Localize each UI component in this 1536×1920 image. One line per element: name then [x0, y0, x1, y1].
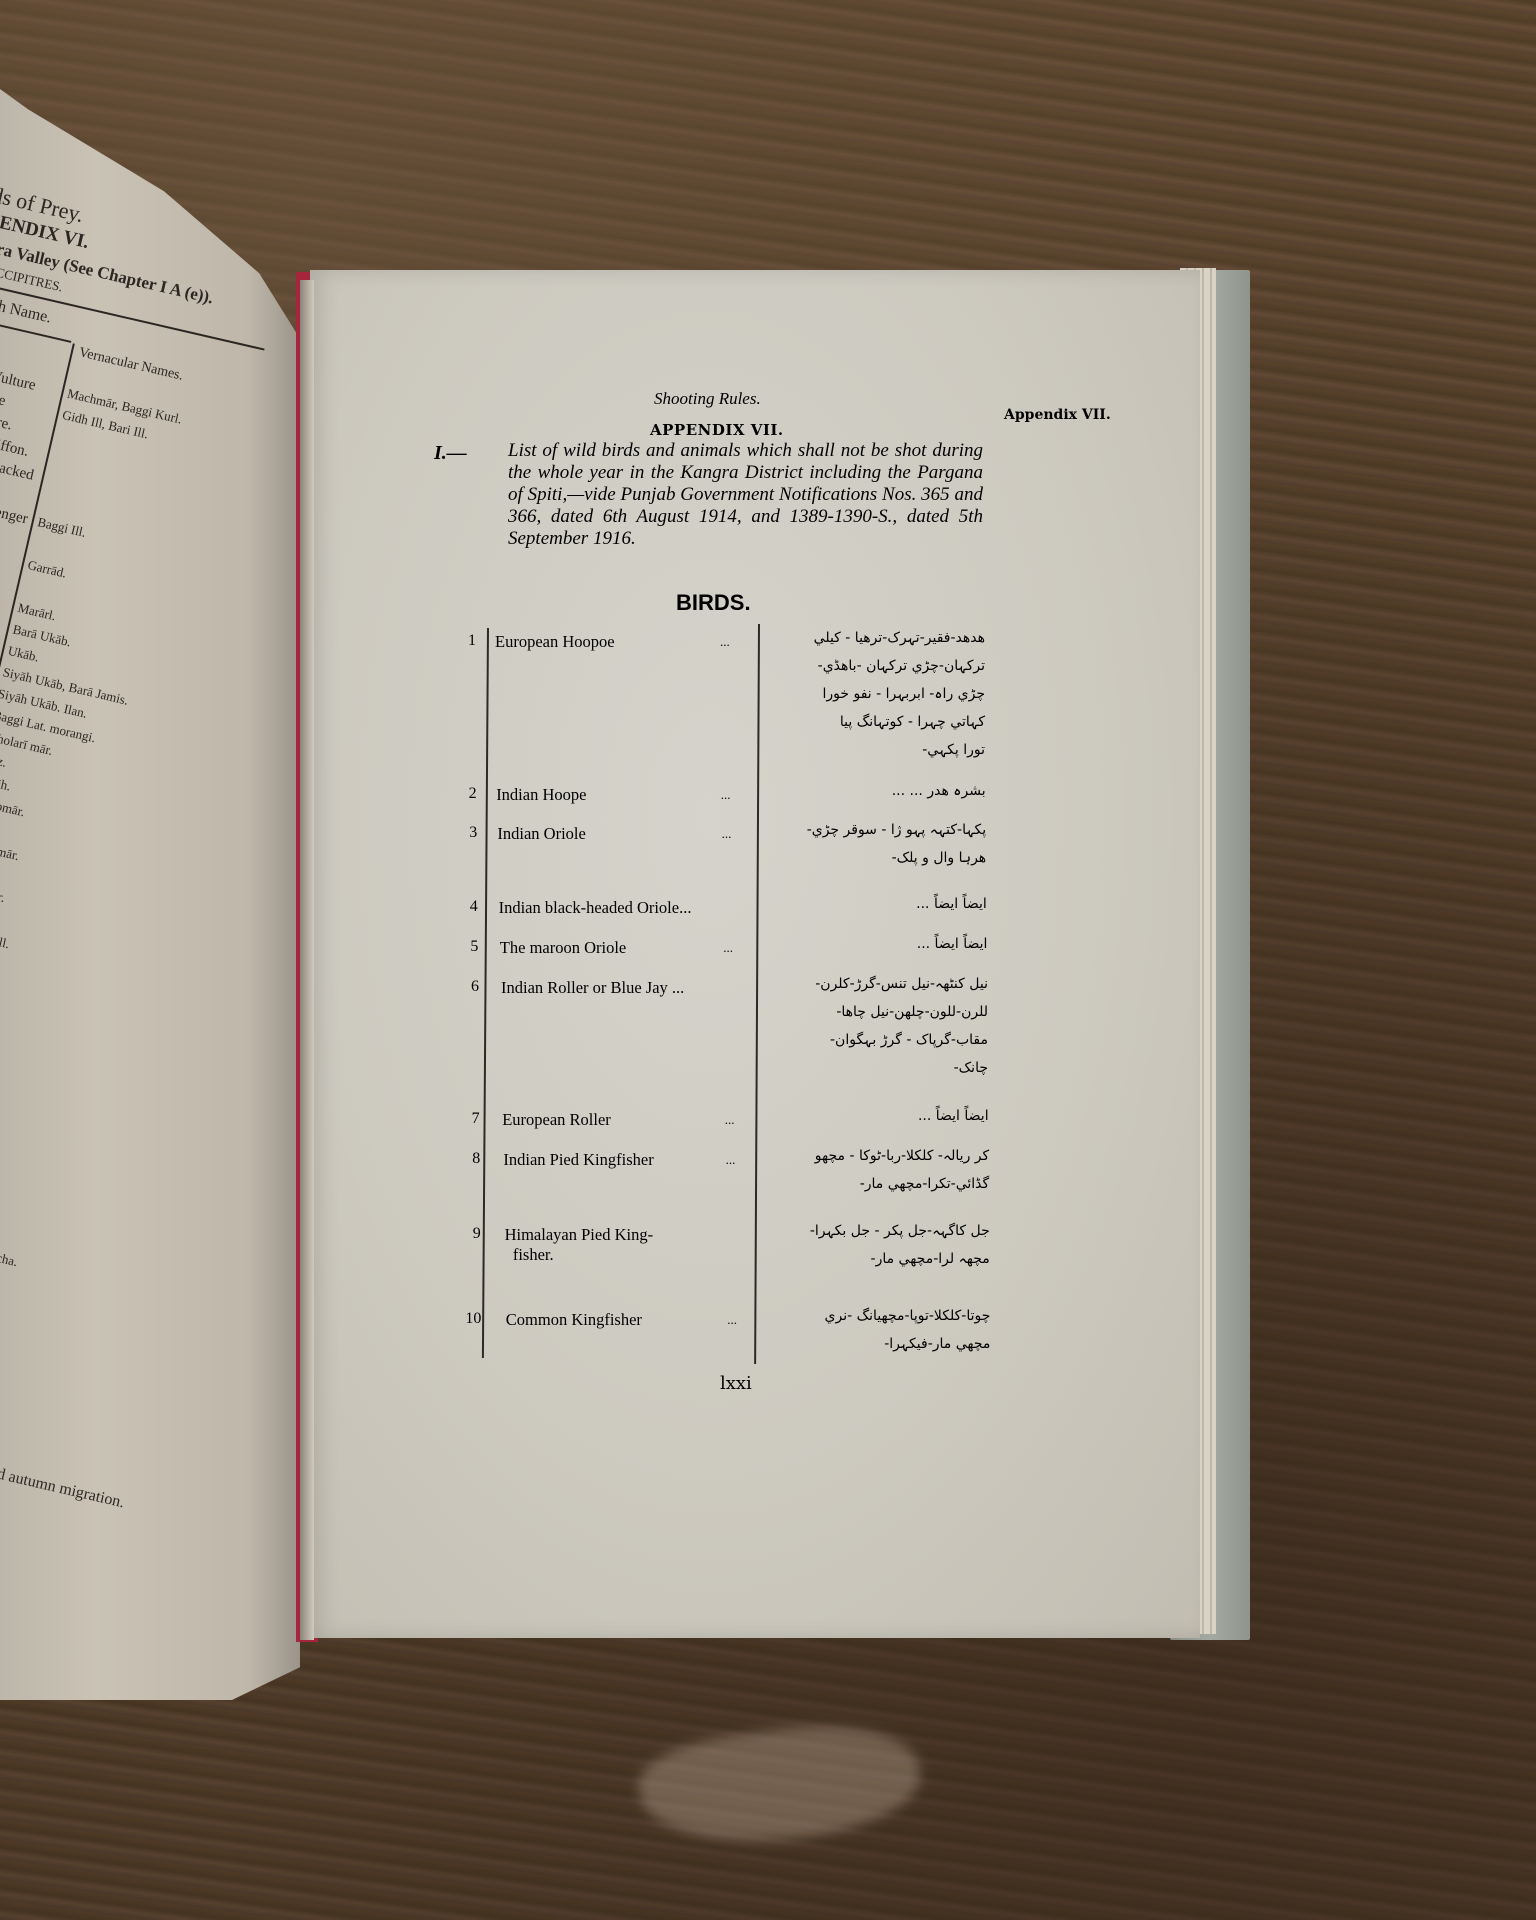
row-number: 7	[450, 1110, 480, 1128]
page-folio: lxxi	[720, 1373, 752, 1394]
left-row-vernacular: Sāmpmār.	[0, 793, 26, 820]
row-vernacular-names: بشرہ ھدر ... ...	[746, 777, 986, 805]
intro-paragraph: List of wild birds and animals which sha…	[508, 440, 983, 550]
row-english-name: The maroon Oriole	[500, 938, 626, 958]
row-number: 4	[448, 898, 478, 916]
section-title-birds: BIRDS.	[676, 590, 751, 616]
row-number: 9	[451, 1225, 481, 1243]
left-row-vernacular: Bāz.	[0, 750, 8, 771]
row-english-name: Indian black-headed Oriole...	[499, 898, 692, 918]
row-leader-dots: ...	[721, 787, 731, 803]
left-row-english: nereous Vulture	[0, 357, 37, 395]
row-number: 3	[447, 824, 477, 842]
row-vernacular-names: ھدھد-فقیر-تہرک-ترھیا - کیلي ترکہان-چڑي ت…	[745, 624, 985, 764]
gutter	[300, 280, 314, 1640]
appendix-reference: Appendix VII.	[1004, 407, 1111, 423]
left-row-vernacular: Machmār.	[0, 879, 6, 906]
row-english-name: Indian Oriole	[497, 824, 585, 844]
row-leader-dots: ...	[725, 1112, 735, 1128]
left-row-vernacular: Siyāh.	[0, 771, 12, 794]
row-english-name: Indian Pied Kingfisher	[503, 1150, 653, 1170]
row-number: 8	[450, 1150, 480, 1168]
row-number: 5	[448, 938, 478, 956]
row-number: 6	[449, 978, 479, 996]
left-row-vernacular: Marārl.	[16, 600, 57, 624]
left-row-vernacular: Ukāb.	[6, 643, 40, 666]
row-vernacular-names: پکہا-کتہہ پہو ژا - سوقر چڑي- ھرہا وال و …	[746, 816, 986, 872]
row-english-name: Indian Hoope	[496, 785, 586, 805]
row-english-name: European Hoopoe	[495, 632, 615, 652]
left-row-vernacular: Baggi Ill.	[36, 514, 87, 541]
row-number: 1	[446, 632, 476, 650]
left-row-vernacular: Brāhmini Ill.	[0, 922, 11, 953]
left-row-vernacular: (f) Bāsha ; (m) Bāshin.	[0, 1179, 3, 1221]
running-head: Shooting Rules.	[654, 389, 761, 409]
row-leader-dots: ...	[723, 940, 733, 956]
column-header-vernacular: Vernacular Names.	[77, 345, 184, 385]
row-vernacular-names: کر ریالہ- کلکلا-ربا-ٹوکا - مچھو گڈائي-تک…	[749, 1142, 989, 1198]
row-vernacular-names: چوتا-کلکلا-توپا-مچھیانگ -نري مچھي مار-فی…	[750, 1302, 990, 1358]
row-leader-dots: ...	[726, 1152, 736, 1168]
row-vernacular-names: ایضاً ایضاً ...	[747, 930, 987, 958]
row-leader-dots: ...	[720, 634, 730, 650]
row-number: 10	[451, 1310, 481, 1328]
row-english-name: Indian Roller or Blue Jay ...	[501, 978, 684, 998]
row-leader-dots: ...	[722, 826, 732, 842]
row-vernacular-names: جل کاگہہ-جل پکر - جل بکہرا- مچھہ لرا-مچھ…	[750, 1217, 990, 1273]
left-row-vernacular: (f) Bhairī, (m) Bhairī bacha.	[0, 1222, 19, 1271]
row-english-name: Common Kingfisher	[506, 1310, 642, 1330]
appendix-title: APPENDIX VII.	[650, 421, 784, 439]
row-leader-dots: ...	[727, 1312, 737, 1328]
row-english-name: European Roller	[502, 1110, 611, 1130]
left-row-vernacular: Garrād.	[26, 557, 68, 581]
row-vernacular-names: نیل کنٹھہ-نیل تنس-گرڑ-کلرن- للرن-للون-چل…	[748, 970, 988, 1082]
left-row-english: ge white Scavenger	[0, 485, 29, 528]
row-vernacular-names: ایضاً ایضاً ...	[747, 890, 987, 918]
intro-number: I.—	[434, 442, 467, 465]
row-english-name: Himalayan Pied King- fisher.	[505, 1225, 755, 1265]
row-number: 2	[447, 785, 477, 803]
left-row-vernacular: Chūhāmār.	[0, 836, 21, 864]
row-vernacular-names: ایضاً ایضاً ...	[749, 1102, 989, 1130]
